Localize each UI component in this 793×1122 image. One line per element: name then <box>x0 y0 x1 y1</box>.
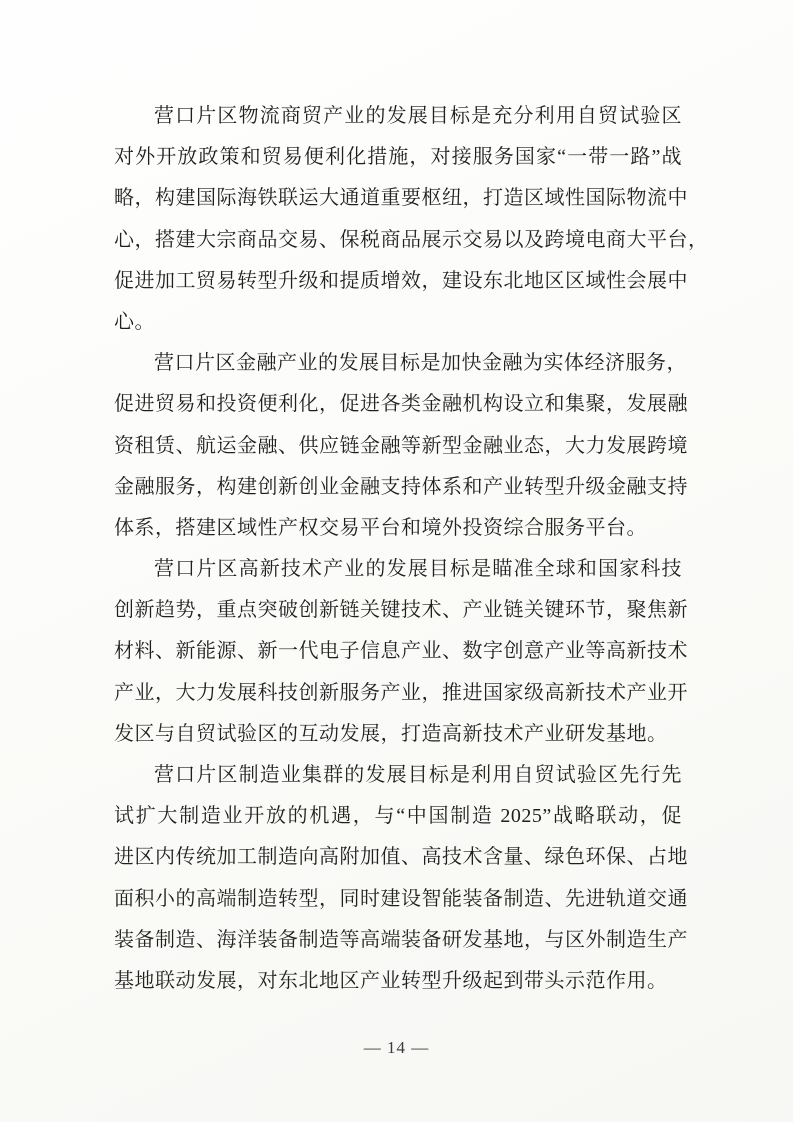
paragraph: 营口片区高新技术产业的发展目标是瞄准全球和国家科技创新趋势，重点突破创新链关键技… <box>114 549 682 755</box>
text-line: 面积小的高端制造转型，同时建设智能装备制造、先进轨道交通 <box>114 879 682 920</box>
text-line: 促进加工贸易转型升级和提质增效，建设东北地区区域性会展中 <box>114 261 682 302</box>
text-line: 创新趋势，重点突破创新链关键技术、产业链关键环节，聚焦新 <box>114 590 682 631</box>
text-line: 进区内传统加工制造向高附加值、高技术含量、绿色环保、占地 <box>114 837 682 878</box>
text-line: 营口片区制造业集群的发展目标是利用自贸试验区先行先 <box>114 755 682 796</box>
text-line: 心，搭建大宗商品交易、保税商品展示交易以及跨境电商大平台， <box>114 220 682 261</box>
text-line: 装备制造、海洋装备制造等高端装备研发基地，与区外制造生产 <box>114 920 682 961</box>
text-line: 基地联动发展，对东北地区产业转型升级起到带头示范作用。 <box>114 961 682 1002</box>
document-page: 营口片区物流商贸产业的发展目标是充分利用自贸试验区对外开放政策和贸易便利化措施，… <box>0 0 793 1122</box>
document-body: 营口片区物流商贸产业的发展目标是充分利用自贸试验区对外开放政策和贸易便利化措施，… <box>114 96 682 1002</box>
text-line: 资租赁、航运金融、供应链金融等新型金融业态，大力发展跨境 <box>114 426 682 467</box>
text-line: 金融服务，构建创新创业金融支持体系和产业转型升级金融支持 <box>114 467 682 508</box>
text-line: 促进贸易和投资便利化，促进各类金融机构设立和集聚，发展融 <box>114 384 682 425</box>
text-line: 心。 <box>114 302 682 343</box>
text-line: 产业，大力发展科技创新服务产业，推进国家级高新技术产业开 <box>114 673 682 714</box>
paragraph: 营口片区金融产业的发展目标是加快金融为实体经济服务，促进贸易和投资便利化，促进各… <box>114 343 682 549</box>
text-line: 发区与自贸试验区的互动发展，打造高新技术产业研发基地。 <box>114 714 682 755</box>
text-line: 体系，搭建区域性产权交易平台和境外投资综合服务平台。 <box>114 508 682 549</box>
paragraph: 营口片区制造业集群的发展目标是利用自贸试验区先行先试扩大制造业开放的机遇，与“中… <box>114 755 682 1002</box>
text-line: 营口片区高新技术产业的发展目标是瞄准全球和国家科技 <box>114 549 682 590</box>
text-line: 略，构建国际海铁联运大通道重要枢纽，打造区域性国际物流中 <box>114 178 682 219</box>
text-line: 营口片区物流商贸产业的发展目标是充分利用自贸试验区 <box>114 96 682 137</box>
text-line: 材料、新能源、新一代电子信息产业、数字创意产业等高新技术 <box>114 631 682 672</box>
text-line: 营口片区金融产业的发展目标是加快金融为实体经济服务， <box>114 343 682 384</box>
text-line: 试扩大制造业开放的机遇，与“中国制造 2025”战略联动，促 <box>114 796 682 837</box>
paragraph: 营口片区物流商贸产业的发展目标是充分利用自贸试验区对外开放政策和贸易便利化措施，… <box>114 96 682 343</box>
page-number: — 14 — <box>0 1038 793 1058</box>
text-line: 对外开放政策和贸易便利化措施，对接服务国家“一带一路”战 <box>114 137 682 178</box>
